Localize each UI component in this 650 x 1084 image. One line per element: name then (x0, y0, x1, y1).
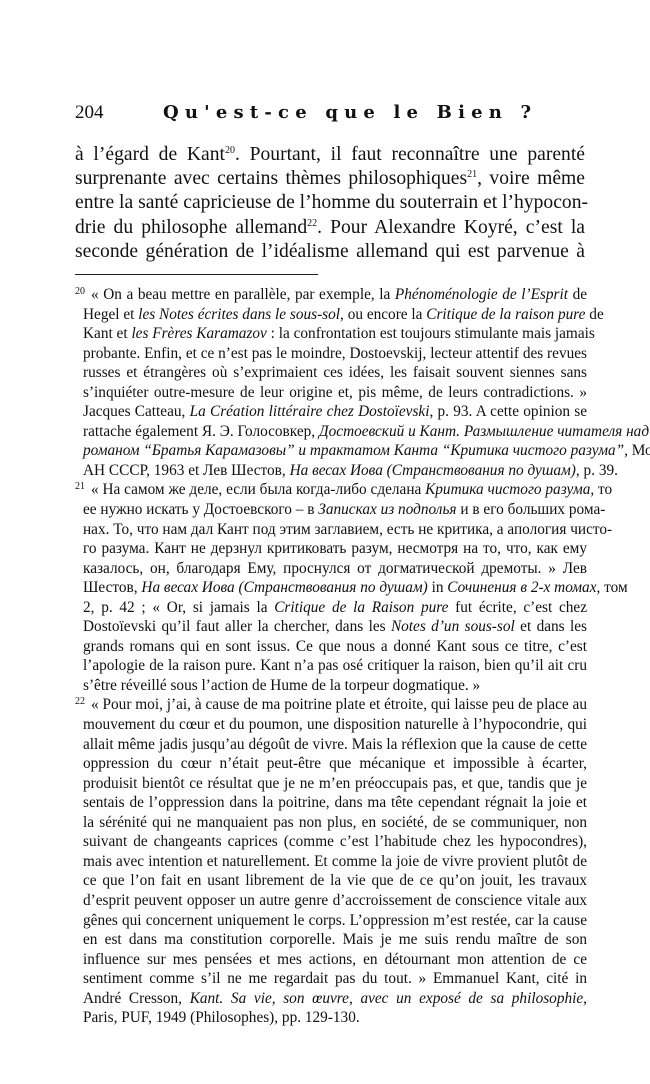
footnote-22: 22« Pour moi, j’ai, à cause de ma poitri… (75, 695, 587, 1027)
footnote-reference[interactable]: 22 (307, 218, 317, 229)
footnote-line: Шестов, На весах Иова (Странствования по… (75, 578, 587, 598)
footnote-number: 21 (75, 477, 85, 497)
running-title: Qu'est-ce que le Bien ? (163, 102, 537, 123)
footnote-line: Kant et les Frères Karamazov : la confro… (75, 324, 587, 344)
body-line: seconde génération de l’idéalisme allema… (75, 240, 585, 264)
footnote-line: « On a beau mettre en parallèle, par exe… (75, 285, 587, 305)
footnote-line: го разума. Кант не дерзнул критиковать р… (75, 539, 587, 559)
footnote-line: « На самом же деле, если была когда-либо… (75, 480, 587, 500)
footnote-line: Jacques Catteau, La Création littéraire … (75, 402, 587, 422)
footnote-line: казалось, он, благодаря Ему, проснулся о… (75, 559, 587, 579)
page-number: 204 (75, 102, 104, 124)
footnote-line: АН СССР, 1963 et Лев Шестов, На весах Ио… (75, 461, 587, 481)
running-head: 204 Qu'est-ce que le Bien ? (75, 102, 585, 128)
footnote-line: s’inquiéter outre-mesure de leur origine… (75, 383, 587, 403)
footnote-line: allait même jadis jusqu’au dégoût de viv… (75, 735, 587, 755)
footnote-line: нах. То, что нам дал Кант под этим загла… (75, 520, 587, 540)
footnote-line: ce que l’on fait en usant librement de l… (75, 871, 587, 891)
footnote-line: rattache également Я. Э. Голосовкер, Дос… (75, 422, 587, 442)
footnote-line: oppression du cœur n’était peut-être que… (75, 754, 587, 774)
body-line: surprenante avec certains thèmes philoso… (75, 167, 585, 191)
footnote-line: Hegel et les Notes écrites dans le sous-… (75, 305, 587, 325)
footnotes: 20« On a beau mettre en parallèle, par e… (75, 285, 587, 1028)
footnote-line: gênes qui concernent uniquement le corps… (75, 911, 587, 931)
body-line: drie du philosophe allemand22. Pour Alex… (75, 216, 585, 240)
footnote-line: Dostoïevski qu’il faut aller la chercher… (75, 617, 587, 637)
footnote-line: 2, p. 42 ; « Or, si jamais la Critique d… (75, 598, 587, 618)
footnote-line: романом “Братья Карамазовы” и трактатом … (75, 441, 587, 461)
book-page: 204 Qu'est-ce que le Bien ? à l’égard de… (0, 0, 650, 1084)
footnote-reference[interactable]: 20 (225, 145, 235, 156)
footnote-line: en est dans ma constitution corporelle. … (75, 930, 587, 950)
footnote-line: « Pour moi, j’ai, à cause de ma poitrine… (75, 695, 587, 715)
footnote-line: suivant de changeants caprices (comme c’… (75, 832, 587, 852)
footnote-21: 21« На самом же деле, если была когда-ли… (75, 480, 587, 695)
footnote-line: André Cresson, Kant. Sa vie, son œuvre, … (75, 989, 587, 1009)
footnote-line: l’apologie de la raison pure. Kant n’a p… (75, 656, 587, 676)
body-line: à l’égard de Kant20. Pourtant, il faut r… (75, 143, 585, 167)
footnote-line: russes et étrangères où s’exprimaient ce… (75, 363, 587, 383)
footnote-reference[interactable]: 21 (467, 169, 477, 180)
footnote-line: d’esprit peuvent opposer un autre genre … (75, 891, 587, 911)
body-paragraph: à l’égard de Kant20. Pourtant, il faut r… (75, 143, 585, 264)
footnote-number: 22 (75, 692, 85, 712)
footnote-line: Paris, PUF, 1949 (Philosophes), pp. 129-… (75, 1008, 587, 1028)
body-line: entre la santé capricieuse de l’homme du… (75, 191, 585, 215)
footnote-line: grands romans qui en sont issus. Ce que … (75, 637, 587, 657)
footnote-line: probante. Enfin, et ce n’est pas le moin… (75, 344, 587, 364)
footnote-line: s’être réveillé sous l’action de Hume de… (75, 676, 587, 696)
footnote-line: influence sur mes pensées et mes actions… (75, 950, 587, 970)
footnote-line: produisit bientôt ce résultat que je ne … (75, 774, 587, 794)
footnote-line: sentiment comme s’il ne me regardait pas… (75, 969, 587, 989)
footnote-separator (75, 274, 318, 275)
footnote-20: 20« On a beau mettre en parallèle, par e… (75, 285, 587, 480)
footnote-number: 20 (75, 282, 85, 302)
footnote-line: la sérénité qui ne manquaient pas non pl… (75, 813, 587, 833)
footnote-line: sentais de l’oppression dans la poitrine… (75, 793, 587, 813)
footnote-line: mouvement du cœur et du poumon, une disp… (75, 715, 587, 735)
footnote-line: ее нужно искать у Достоевского – в Запис… (75, 500, 587, 520)
footnote-line: mais avec intention et naturellement. Et… (75, 852, 587, 872)
